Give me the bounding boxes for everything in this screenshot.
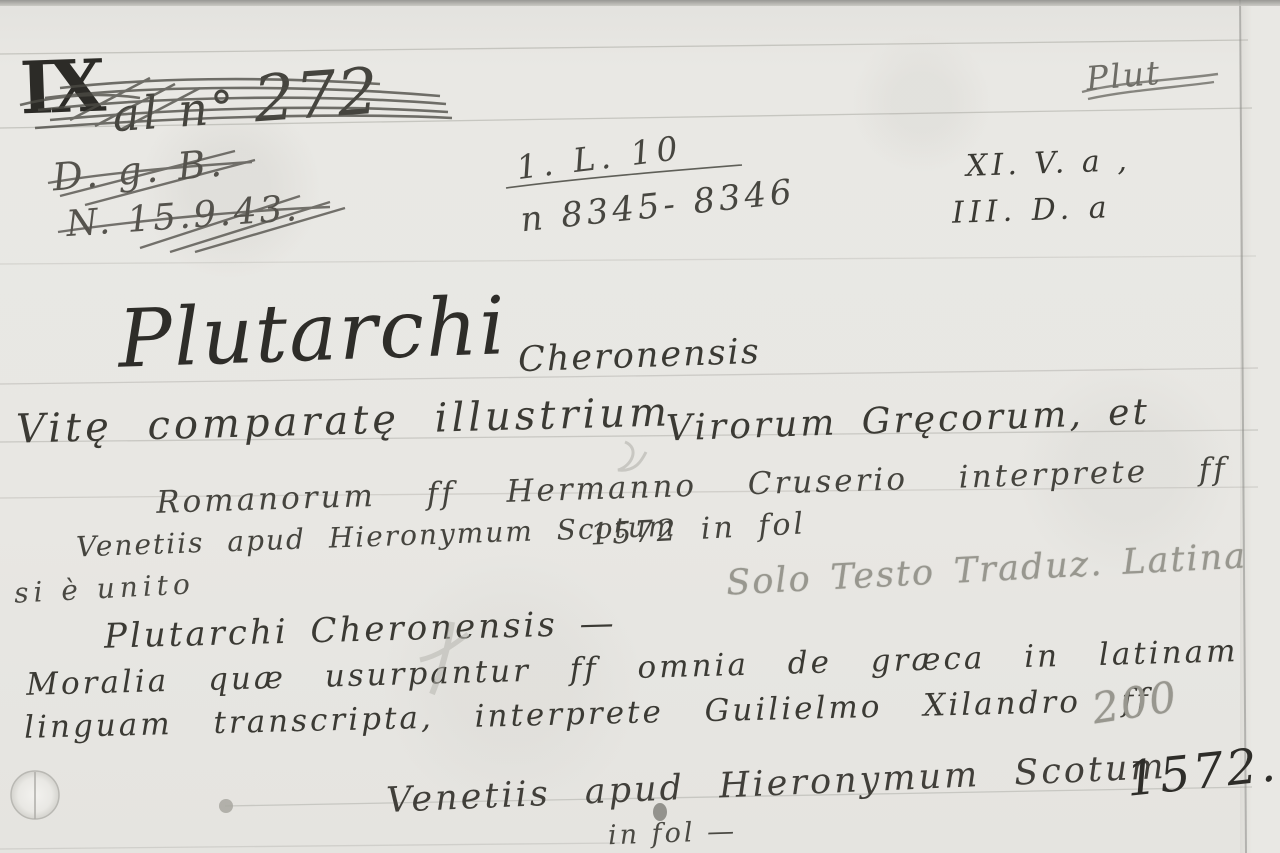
pencil-squiggle <box>618 442 646 470</box>
cancelled-reference: al n° 272 <box>110 55 382 147</box>
entry1-title-line-2: Romanorum ff Hermanno Cruserio interpret… <box>156 451 1229 521</box>
cancelled-reference-number: 272 <box>251 55 381 138</box>
location-code-1: XI. V. a , <box>965 143 1131 184</box>
entry1-title-line-1b: Virorum Gręcorum, et <box>665 392 1150 450</box>
card-top-edge <box>0 0 1280 6</box>
entry1-author-epithet: Cheronensis <box>517 332 761 380</box>
punch-hole <box>11 771 59 819</box>
ink-dot <box>219 799 233 813</box>
entry2-imprint-format: in fol — <box>607 816 737 851</box>
pencil-note: Solo Testo Traduz. Latina <box>725 536 1248 603</box>
cancelled-code-2: N. 15.9.43. <box>65 188 301 245</box>
location-code-2: III. D. a <box>951 190 1112 231</box>
bound-with-note: si è unito <box>13 567 195 609</box>
shelfmark-line-1: 1. L. 10 <box>514 128 684 187</box>
card-right-edge <box>1240 0 1280 853</box>
shelfmark-line-2: n 8345- 8346 <box>519 172 798 241</box>
series-numeral: IX <box>19 43 103 131</box>
cancelled-author-abbrev: Plut <box>1084 53 1162 98</box>
entry2-imprint-place: Venetiis apud Hieronymum Scotum <box>385 747 1167 821</box>
entry1-author-heading: Plutarchi <box>116 279 508 386</box>
entry2-author-heading: Plutarchi Cheronensis — <box>104 603 618 656</box>
catalog-card: IX al n° 272 D. g. B. N. 15.9.43. 1. L. … <box>0 0 1280 853</box>
cancelled-reference-prefix: al n° <box>111 80 239 143</box>
entry1-title-line-1a: Vitę comparatę illustrium <box>16 389 672 452</box>
cancelled-code-1: D. g. B. <box>50 141 227 200</box>
pencil-number: 200 <box>1089 672 1182 734</box>
